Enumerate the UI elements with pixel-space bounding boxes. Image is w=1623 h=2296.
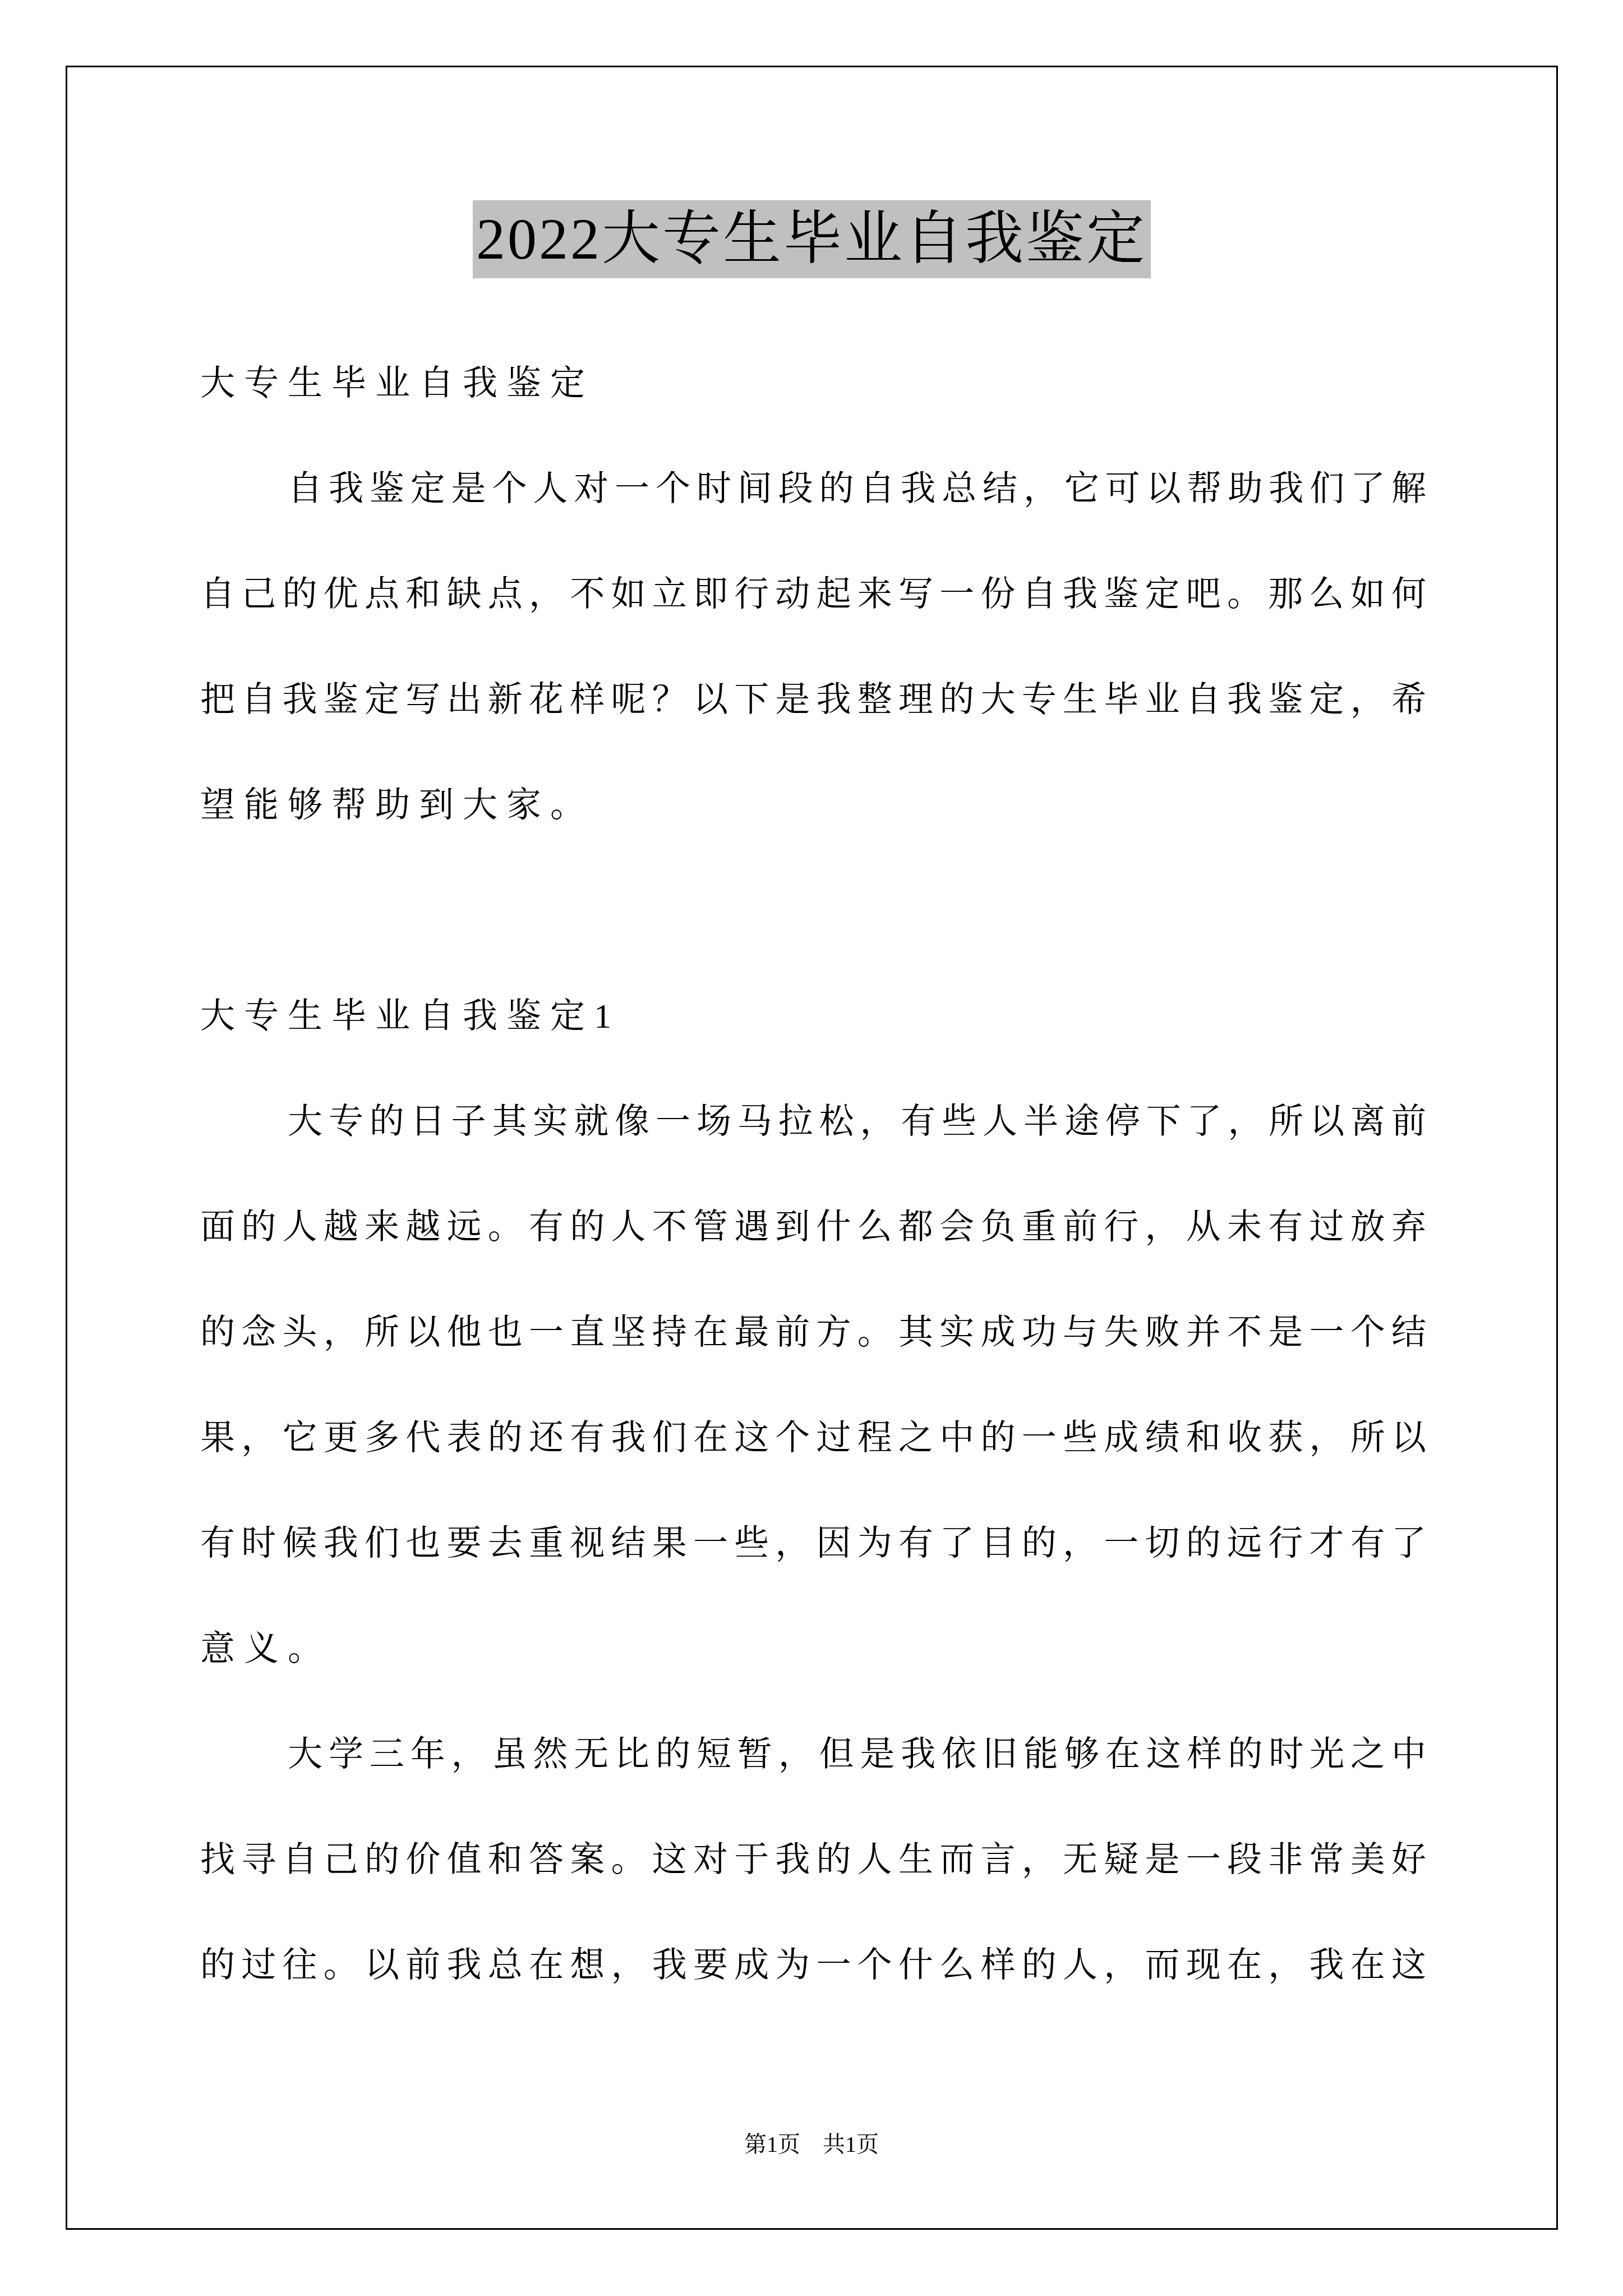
paragraph-line: 意义。 [200, 1596, 1426, 1702]
intro-line: 望能够帮助到大家。 [200, 753, 1426, 858]
subheading: 大专生毕业自我鉴定 [200, 331, 1426, 436]
paragraph-line: 有时候我们也要去重视结果一些，因为有了目的，一切的远行才有了 [200, 1491, 1426, 1596]
document-body: 大专生毕业自我鉴定 自我鉴定是个人对一个时间段的自我总结，它可以帮助我们了解 自… [200, 331, 1426, 2018]
paragraph-line: 果，它更多代表的还有我们在这个过程之中的一些成绩和收获，所以 [200, 1386, 1426, 1491]
intro-paragraph: 自我鉴定是个人对一个时间段的自我总结，它可以帮助我们了解 自己的优点和缺点，不如… [200, 436, 1426, 858]
intro-line: 自我鉴定是个人对一个时间段的自我总结，它可以帮助我们了解 [200, 436, 1426, 542]
paragraph-line: 找寻自己的价值和答案。这对于我的人生而言，无疑是一段非常美好 [200, 1807, 1426, 1913]
intro-line: 自己的优点和缺点，不如立即行动起来写一份自我鉴定吧。那么如何 [200, 542, 1426, 647]
paragraph-line: 的念头，所以他也一直坚持在最前方。其实成功与失败并不是一个结 [200, 1280, 1426, 1386]
paragraph-line: 大专的日子其实就像一场马拉松，有些人半途停下了，所以离前 [200, 1069, 1426, 1175]
blank-line [200, 858, 1426, 964]
title-container: 2022大专生毕业自我鉴定 [0, 200, 1623, 278]
intro-line: 把自我鉴定写出新花样呢？以下是我整理的大专生毕业自我鉴定，希 [200, 647, 1426, 753]
page-footer: 第1页 共1页 [0, 2131, 1623, 2159]
paragraph-line: 的过往。以前我总在想，我要成为一个什么样的人，而现在，我在这 [200, 1913, 1426, 2018]
section-paragraph-2: 大学三年，虽然无比的短暂，但是我依旧能够在这样的时光之中 找寻自己的价值和答案。… [200, 1702, 1426, 2018]
section-paragraph-1: 大专的日子其实就像一场马拉松，有些人半途停下了，所以离前 面的人越来越远。有的人… [200, 1069, 1426, 1702]
paragraph-line: 面的人越来越远。有的人不管遇到什么都会负重前行，从未有过放弃 [200, 1175, 1426, 1280]
paragraph-line: 大学三年，虽然无比的短暂，但是我依旧能够在这样的时光之中 [200, 1702, 1426, 1807]
section-heading: 大专生毕业自我鉴定1 [200, 964, 1426, 1069]
document-title: 2022大专生毕业自我鉴定 [473, 200, 1151, 278]
